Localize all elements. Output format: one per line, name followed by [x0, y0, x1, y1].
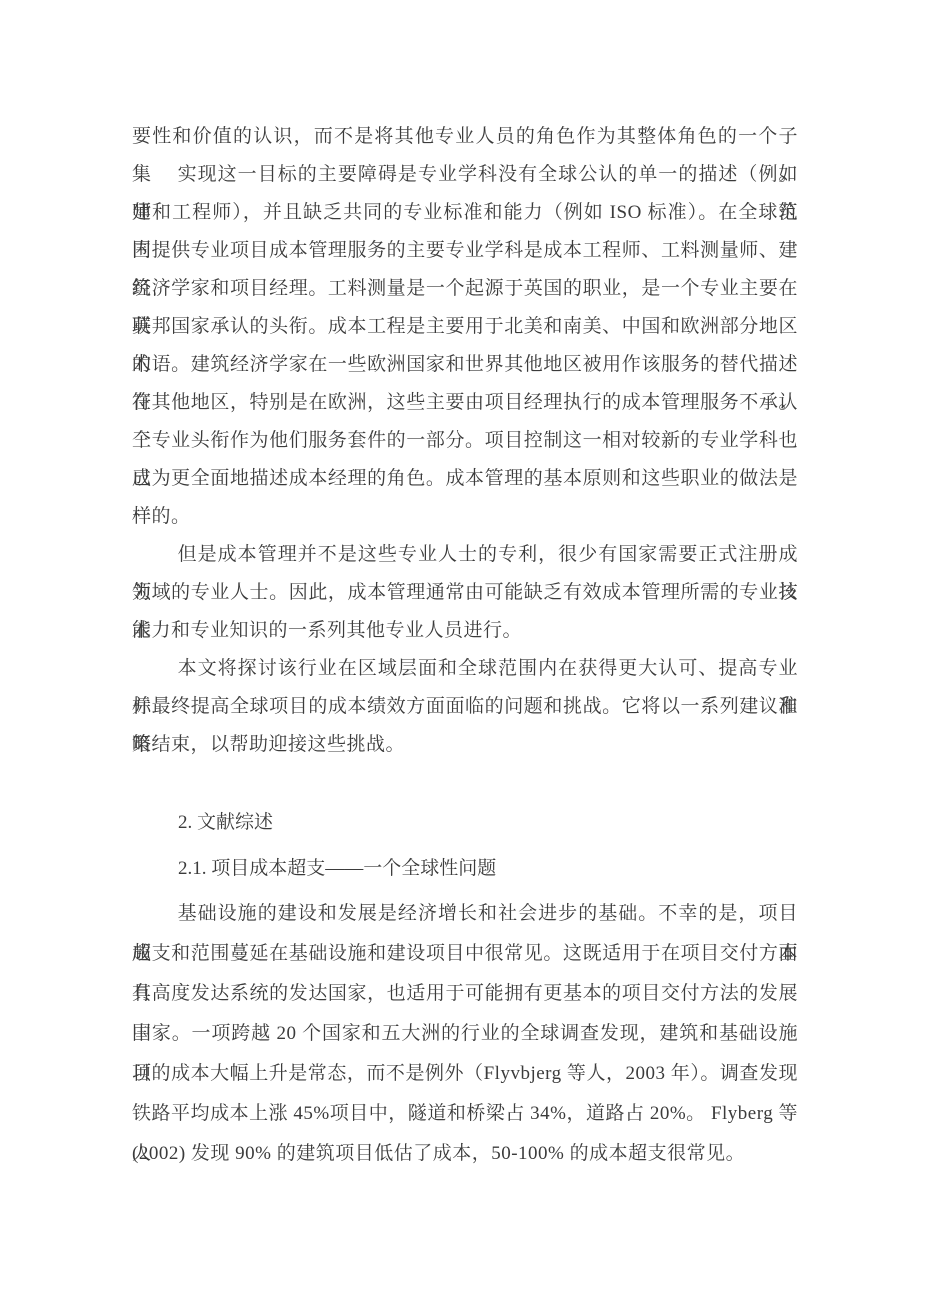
text-line: 但是成本管理并不是这些专业人士的专利，很少有国家需要正式注册成为该 [132, 536, 798, 574]
section-heading: 2. 文献综述 [178, 804, 798, 842]
text-line: 目的成本大幅上升是常态，而不是例外（Flyvbjerg 等人，2003 年）。调… [132, 1054, 798, 1094]
text-line: 个专业头衔作为他们服务套件的一部分。项目控制这一相对较新的专业学科也已 [132, 422, 798, 460]
paragraph: 实现这一目标的主要障碍是专业学科没有全球公认的单一的描述（例如建筑师和工程师），… [132, 156, 798, 536]
text-line: (2002) 发现 90% 的建筑项目低估了成本，50-100% 的成本超支很常… [132, 1134, 798, 1174]
text-line: 内提供专业项目成本管理服务的主要专业学科是成本工程师、工料测量师、建筑 [132, 232, 798, 270]
text-line: 实现这一目标的主要障碍是专业学科没有全球公认的单一的描述（例如建筑 [132, 156, 798, 194]
text-line: 并最终提高全球项目的成本绩效方面面临的问题和挑战。它将以一系列建议和策 [132, 688, 798, 726]
subsection-heading: 2.1. 项目成本超支——一个全球性问题 [178, 850, 798, 888]
text-line: 师和工程师），并且缺乏共同的专业标准和能力（例如 ISO 标准）。在全球范围 [132, 194, 798, 232]
text-line: 领域的专业人士。因此，成本管理通常由可能缺乏有效成本管理所需的专业技术 [132, 574, 798, 612]
text-line: 要性和价值的认识，而不是将其他专业人员的角色作为其整体角色的一个子集。 [132, 118, 798, 156]
document-text-block: 要性和价值的认识，而不是将其他专业人员的角色作为其整体角色的一个子集。实现这一目… [132, 118, 798, 1174]
paragraph: 本文将探讨该行业在区域层面和全球范围内在获得更大认可、提高专业标准并最终提高全球… [132, 650, 798, 764]
text-line: 在其他地区，特别是在欧洲，这些主要由项目经理执行的成本管理服务不承认三 [132, 384, 798, 422]
text-line: 铁路平均成本上涨 45%项目中，隧道和桥梁占 34%，道路占 20%。 Flyb… [132, 1094, 798, 1134]
text-line: 本文将探讨该行业在区域层面和全球范围内在获得更大认可、提高专业标准 [132, 650, 798, 688]
text-line: 术语。建筑经济学家在一些欧洲国家和世界其他地区被用作该服务的替代描述符。 [132, 346, 798, 384]
text-line: 样的。 [132, 498, 798, 536]
text-line: 超支和范围蔓延在基础设施和建设项目中很常见。这既适用于在项目交付方面具 [132, 934, 798, 974]
paragraph: 基础设施的建设和发展是经济增长和社会进步的基础。不幸的是，项目成本超支和范围蔓延… [132, 894, 798, 1174]
text-line: 有高度发达系统的发达国家，也适用于可能拥有更基本的项目交付方法的发展中 [132, 974, 798, 1014]
text-line: 基础设施的建设和发展是经济增长和社会进步的基础。不幸的是，项目成本 [132, 894, 798, 934]
text-line: 国家。一项跨越 20 个国家和五大洲的行业的全球调查发现，建筑和基础设施项 [132, 1014, 798, 1054]
text-line: 略结束，以帮助迎接这些挑战。 [132, 726, 798, 764]
text-line: 联邦国家承认的头衔。成本工程是主要用于北美和南美、中国和欧洲部分地区的 [132, 308, 798, 346]
text-line: 经济学家和项目经理。工料测量是一个起源于英国的职业，是一个专业主要在英 [132, 270, 798, 308]
text-line: 能力和专业知识的一系列其他专业人员进行。 [132, 612, 798, 650]
document-page: 要性和价值的认识，而不是将其他专业人员的角色作为其整体角色的一个子集。实现这一目… [0, 0, 926, 1309]
paragraph: 但是成本管理并不是这些专业人士的专利，很少有国家需要正式注册成为该领域的专业人士… [132, 536, 798, 650]
text-line: 成为更全面地描述成本经理的角色。成本管理的基本原则和这些职业的做法是一 [132, 460, 798, 498]
paragraph: 要性和价值的认识，而不是将其他专业人员的角色作为其整体角色的一个子集。 [132, 118, 798, 156]
